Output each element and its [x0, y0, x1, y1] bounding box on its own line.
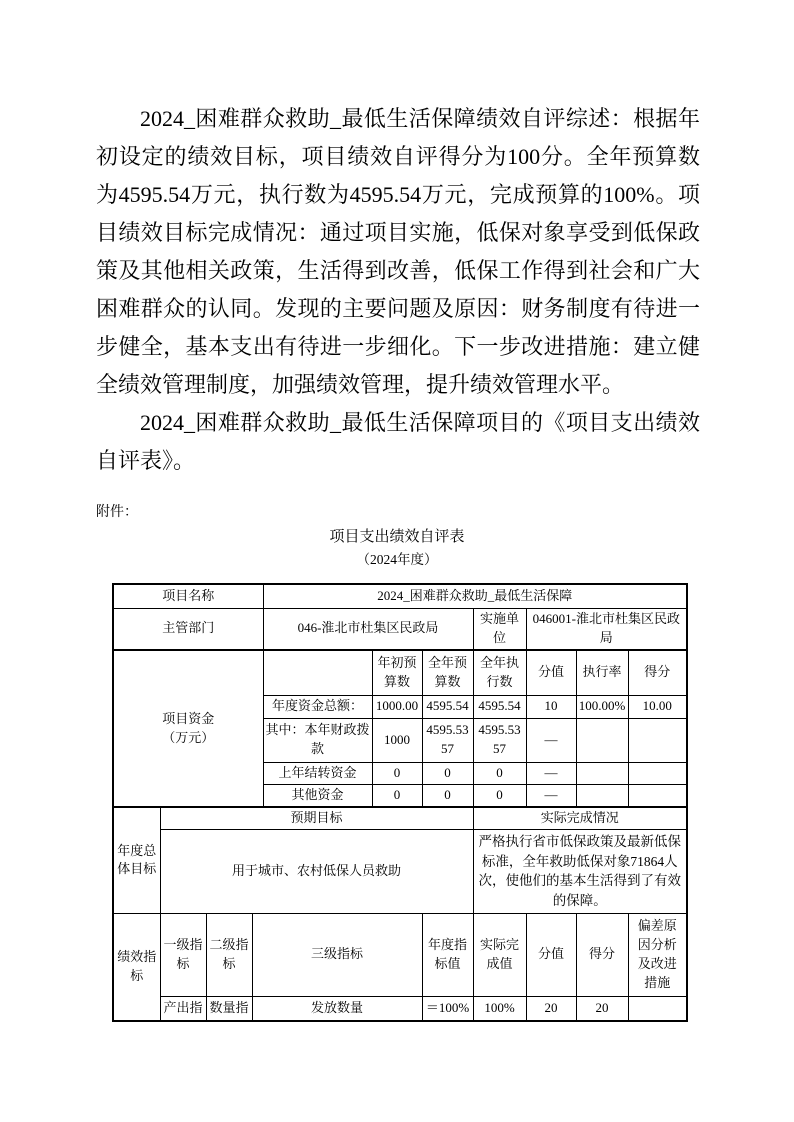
indicator-level3: 发放数量	[252, 996, 422, 1021]
table-title: 项目支出绩效自评表	[0, 528, 794, 547]
goal-section-label: 年度总 体目标	[113, 807, 160, 913]
funds-initial-budget: 0	[372, 762, 422, 784]
funds-section-label: 项目资金 （万元）	[113, 650, 263, 807]
project-name-label: 项目名称	[113, 584, 263, 608]
indicators-section-label: 绩效指 标	[113, 913, 160, 1021]
table-subtitle: （2024年度）	[0, 551, 794, 568]
funds-initial-budget: 1000	[372, 718, 422, 762]
funds-annual-budget: 0	[422, 762, 473, 784]
funds-score	[628, 718, 687, 762]
paragraph-table-reference: 2024_困难群众救助_最低生活保障项目的《项目支出绩效自评表》。	[96, 404, 700, 480]
indicator-score: 20	[576, 996, 628, 1021]
indicators-header-actual: 实际完 成值	[473, 913, 526, 996]
paragraph-performance-summary: 2024_困难群众救助_最低生活保障绩效自评综述：根据年初设定的绩效目标，项目绩…	[96, 100, 700, 404]
row-goal-content: 用于城市、农村低保人员救助 严格执行省市低保政策及最新低保 标准，全年救助低保对…	[113, 829, 687, 913]
funds-exec-rate	[576, 784, 628, 807]
indicators-header-score: 得分	[576, 913, 628, 996]
funds-points: —	[526, 762, 576, 784]
funds-row-label: 年度资金总额：	[263, 695, 372, 718]
document-page: 2024_困难群众救助_最低生活保障绩效自评综述：根据年初设定的绩效目标，项目绩…	[0, 0, 794, 1122]
impl-unit-label: 实施单 位	[473, 608, 526, 650]
funds-exec-rate	[576, 762, 628, 784]
funds-annual-budget: 4595.54	[422, 695, 473, 718]
funds-executed: 0	[473, 762, 526, 784]
impl-unit-value: 046001-淮北市杜集区民政 局	[526, 608, 687, 650]
goal-actual-value: 严格执行省市低保政策及最新低保 标准，全年救助低保对象71864人 次，使他们的…	[473, 829, 687, 913]
funds-row-label: 其中：本年财政拨 款	[263, 718, 372, 762]
funds-points: —	[526, 718, 576, 762]
funds-header-blank	[263, 650, 372, 695]
funds-executed: 0	[473, 784, 526, 807]
funds-row-label: 其他资金	[263, 784, 372, 807]
row-funds-header: 项目资金 （万元） 年初预 算数 全年预 算数 全年执 行数 分值 执行率 得分	[113, 650, 687, 695]
attachment-label: 附件：	[96, 504, 138, 522]
funds-exec-rate: 100.00%	[576, 695, 628, 718]
indicator-target: ＝100%	[422, 996, 473, 1021]
funds-initial-budget: 1000.00	[372, 695, 422, 718]
indicators-header-deviation: 偏差原 因分析 及改进 措施	[628, 913, 687, 996]
funds-exec-rate	[576, 718, 628, 762]
row-goal-header: 年度总 体目标 预期目标 实际完成情况	[113, 807, 687, 829]
row-indicator-output: 产出指 数量指 发放数量 ＝100% 100% 20 20	[113, 996, 687, 1021]
funds-executed: 4595.54	[473, 695, 526, 718]
funds-initial-budget: 0	[372, 784, 422, 807]
funds-score	[628, 762, 687, 784]
indicators-header-target: 年度指 标值	[422, 913, 473, 996]
goal-expected-header: 预期目标	[160, 807, 473, 829]
funds-score	[628, 784, 687, 807]
goal-expected-value: 用于城市、农村低保人员救助	[160, 829, 473, 913]
indicator-level1: 产出指	[160, 996, 206, 1021]
funds-points: 10	[526, 695, 576, 718]
funds-annual-budget: 4595.53 57	[422, 718, 473, 762]
department-value: 046-淮北市杜集区民政局	[263, 608, 473, 650]
indicator-level2: 数量指	[206, 996, 252, 1021]
row-department: 主管部门 046-淮北市杜集区民政局 实施单 位 046001-淮北市杜集区民政…	[113, 608, 687, 650]
self-evaluation-table: 项目名称 2024_困难群众救助_最低生活保障 主管部门 046-淮北市杜集区民…	[112, 583, 688, 1022]
funds-header-score: 得分	[628, 650, 687, 695]
project-name-value: 2024_困难群众救助_最低生活保障	[263, 584, 687, 608]
funds-executed: 4595.53 57	[473, 718, 526, 762]
indicators-header-points: 分值	[526, 913, 576, 996]
indicators-header-level2: 二级指 标	[206, 913, 252, 996]
department-label: 主管部门	[113, 608, 263, 650]
summary-section: 2024_困难群众救助_最低生活保障绩效自评综述：根据年初设定的绩效目标，项目绩…	[96, 100, 700, 480]
funds-header-points: 分值	[526, 650, 576, 695]
funds-points: —	[526, 784, 576, 807]
funds-header-initial-budget: 年初预 算数	[372, 650, 422, 695]
funds-annual-budget: 0	[422, 784, 473, 807]
funds-header-executed: 全年执 行数	[473, 650, 526, 695]
funds-score: 10.00	[628, 695, 687, 718]
indicator-deviation	[628, 996, 687, 1021]
indicators-header-level3: 三级指标	[252, 913, 422, 996]
funds-header-exec-rate: 执行率	[576, 650, 628, 695]
funds-header-annual-budget: 全年预 算数	[422, 650, 473, 695]
row-indicators-header: 绩效指 标 一级指 标 二级指 标 三级指标 年度指 标值 实际完 成值 分值 …	[113, 913, 687, 996]
indicators-header-level1: 一级指 标	[160, 913, 206, 996]
goal-actual-header: 实际完成情况	[473, 807, 687, 829]
funds-row-label: 上年结转资金	[263, 762, 372, 784]
indicator-points: 20	[526, 996, 576, 1021]
row-project-name: 项目名称 2024_困难群众救助_最低生活保障	[113, 584, 687, 608]
indicator-actual: 100%	[473, 996, 526, 1021]
